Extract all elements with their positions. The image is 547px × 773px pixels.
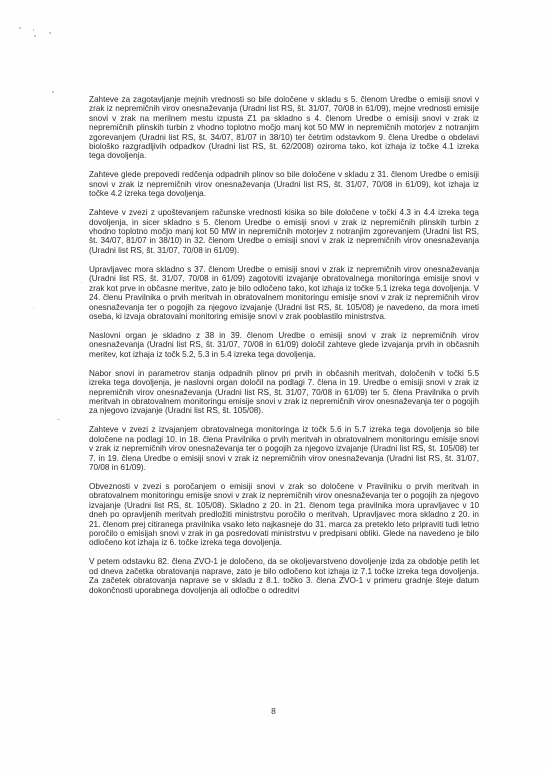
scan-speck [52,91,54,93]
scan-speck [19,27,21,29]
scan-speck [81,282,82,283]
scan-speck [34,35,36,37]
paragraph-emission-limits: Zahteve za zagotavljanje mejnih vrednost… [89,95,479,161]
paragraph-dilution-ban: Zahteve glede prepovedi redčenja odpadni… [89,170,479,198]
scan-speck [33,29,34,31]
paragraph-reporting-obligations: Obveznosti v zvezi s poročanjem o emisij… [89,482,479,548]
paragraph-permit-validity: V petem odstavku 82. člena ZVO-1 je dolo… [89,557,479,595]
scan-speck [49,32,51,34]
paragraph-oxygen-reference: Zahteve v zvezi z upoštevanjem računske … [89,208,479,255]
scan-speck [57,419,60,420]
document-body: Zahteve za zagotavljanje mejnih vrednost… [89,95,479,605]
paragraph-operational-monitoring: Zahteve v zvezi z izvajanjem obratovalne… [89,425,479,472]
document-page: Zahteve za zagotavljanje mejnih vrednost… [0,0,547,773]
paragraph-substances-parameters: Nabor snovi in parametrov stanja odpadni… [89,369,479,416]
scan-speck [33,308,34,309]
paragraph-operator-monitoring: Upravljavec mora skladno s 37. členom Ur… [89,265,479,321]
page-number: 8 [0,706,547,716]
paragraph-first-and-periodic-measurements: Naslovni organ je skladno z 38 in 39. čl… [89,331,479,359]
